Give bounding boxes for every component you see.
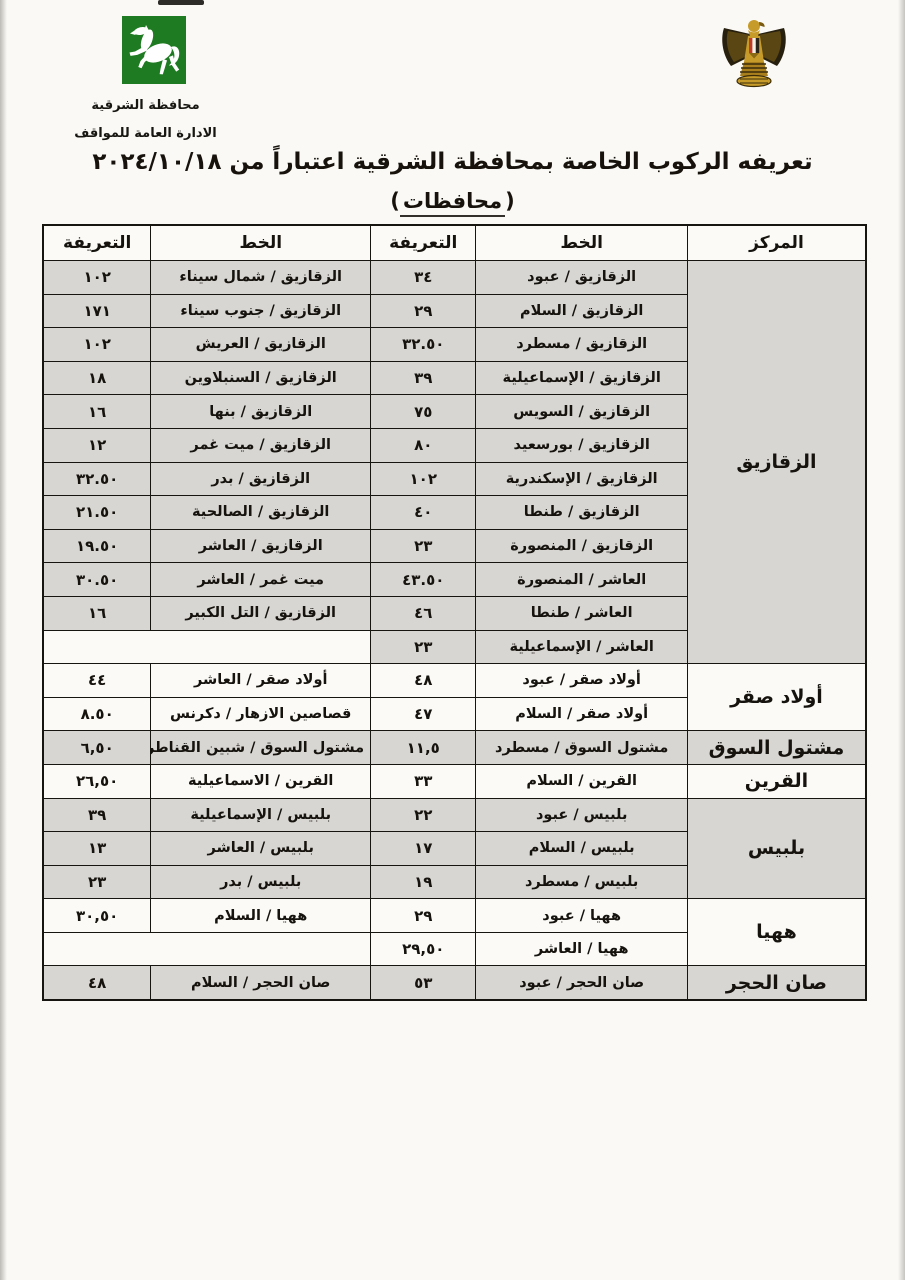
fare-cell: ٧٥ — [371, 395, 476, 429]
fare-table: المركزالخطالتعريفةالخطالتعريفة الزقازيقا… — [42, 224, 867, 1001]
org-department: الادارة العامة للمواقف — [48, 120, 243, 148]
line-cell: الزقازيق / ميت غمر — [151, 428, 371, 462]
fare-cell: ١٩.٥٠ — [43, 529, 151, 563]
table-row: ههياههيا / عبود٢٩ههيا / السلام٣٠,٥٠ — [43, 899, 866, 933]
fare-cell: ١٠٢ — [43, 261, 151, 295]
line-cell: مشتول السوق / مسطرد — [476, 731, 688, 765]
column-header: الخط — [476, 225, 688, 261]
empty-cell — [43, 932, 371, 966]
horse-icon — [122, 16, 186, 84]
subtitle-word: محافظات — [400, 189, 505, 217]
fare-table-body: الزقازيقالزقازيق / عبود٣٤الزقازيق / شمال… — [43, 261, 866, 1001]
scan-artifact — [158, 0, 204, 5]
fare-cell: ١٩ — [371, 865, 476, 899]
fare-cell: ٦,٥٠ — [43, 731, 151, 765]
fare-cell: ٤٤ — [43, 664, 151, 698]
column-header: الخط — [151, 225, 371, 261]
fare-cell: ٨.٥٠ — [43, 697, 151, 731]
fare-cell: ٣٢.٥٠ — [371, 328, 476, 362]
line-cell: الزقازيق / السويس — [476, 395, 688, 429]
fare-cell: ٤٠ — [371, 496, 476, 530]
table-row: الزقازيقالزقازيق / عبود٣٤الزقازيق / شمال… — [43, 261, 866, 295]
fare-cell: ١٦ — [43, 596, 151, 630]
fare-cell: ٢٩ — [371, 294, 476, 328]
line-cell: الزقازيق / العاشر — [151, 529, 371, 563]
line-cell: القرين / الاسماعيلية — [151, 764, 371, 798]
line-cell: الزقازيق / بنها — [151, 395, 371, 429]
line-cell: بلبيس / الإسماعيلية — [151, 798, 371, 832]
line-cell: ههيا / السلام — [151, 899, 371, 933]
subtitle-paren-open: ( — [505, 189, 515, 213]
center-cell: القرين — [687, 764, 866, 798]
line-cell: قصاصين الازهار / دكرنس — [151, 697, 371, 731]
column-header: المركز — [687, 225, 866, 261]
table-row: القرينالقرين / السلام٣٣القرين / الاسماعي… — [43, 764, 866, 798]
line-cell: الزقازيق / السلام — [476, 294, 688, 328]
fare-cell: ٢٢ — [371, 798, 476, 832]
line-cell: مشتول السوق / شبين القناطر — [151, 731, 371, 765]
governorate-logo — [122, 16, 186, 84]
line-cell: الزقازيق / شمال سيناء — [151, 261, 371, 295]
center-cell: بلبيس — [687, 798, 866, 899]
page-title: تعريفه الركوب الخاصة بمحافظة الشرقية اعت… — [0, 149, 905, 175]
line-cell: الزقازيق / طنطا — [476, 496, 688, 530]
line-cell: بلبيس / العاشر — [151, 832, 371, 866]
table-row: بلبيسبلبيس / عبود٢٢بلبيس / الإسماعيلية٣٩ — [43, 798, 866, 832]
table-row: مشتول السوقمشتول السوق / مسطرد١١,٥مشتول … — [43, 731, 866, 765]
line-cell: الزقازيق / العريش — [151, 328, 371, 362]
fare-cell: ١٢ — [43, 428, 151, 462]
line-cell: أولاد صقر / العاشر — [151, 664, 371, 698]
org-text: محافظة الشرقية الادارة العامة للمواقف — [48, 92, 243, 148]
fare-cell: ٤٨ — [43, 966, 151, 1000]
line-cell: الزقازيق / التل الكبير — [151, 596, 371, 630]
fare-table-header: المركزالخطالتعريفةالخطالتعريفة — [43, 225, 866, 261]
fare-cell: ٢٣ — [371, 630, 476, 664]
org-name: محافظة الشرقية — [48, 92, 243, 120]
fare-cell: ١٠٢ — [43, 328, 151, 362]
fare-cell: ١٦ — [43, 395, 151, 429]
header-row: المركزالخطالتعريفةالخطالتعريفة — [43, 225, 866, 261]
fare-cell: ١٣ — [43, 832, 151, 866]
fare-cell: ٣٠.٥٠ — [43, 563, 151, 597]
line-cell: أولاد صقر / السلام — [476, 697, 688, 731]
fare-cell: ٢٩ — [371, 899, 476, 933]
fare-cell: ٤٣.٥٠ — [371, 563, 476, 597]
fare-cell: ٣٩ — [371, 361, 476, 395]
line-cell: الزقازيق / السنبلاوين — [151, 361, 371, 395]
line-cell: بلبيس / عبود — [476, 798, 688, 832]
column-header: التعريفة — [43, 225, 151, 261]
line-cell: الزقازيق / بدر — [151, 462, 371, 496]
line-cell: صان الحجر / السلام — [151, 966, 371, 1000]
line-cell: الزقازيق / مسطرد — [476, 328, 688, 362]
line-cell: العاشر / الإسماعيلية — [476, 630, 688, 664]
center-cell: أولاد صقر — [687, 664, 866, 731]
line-cell: بلبيس / مسطرد — [476, 865, 688, 899]
center-cell: صان الحجر — [687, 966, 866, 1000]
line-cell: بلبيس / السلام — [476, 832, 688, 866]
line-cell: الزقازيق / الإسكندرية — [476, 462, 688, 496]
line-cell: الزقازيق / بورسعيد — [476, 428, 688, 462]
egypt-emblem — [714, 12, 794, 96]
fare-cell: ١٧ — [371, 832, 476, 866]
fare-cell: ٤٨ — [371, 664, 476, 698]
line-cell: العاشر / طنطا — [476, 596, 688, 630]
egypt-eagle-icon — [714, 12, 794, 96]
line-cell: العاشر / المنصورة — [476, 563, 688, 597]
fare-cell: ٣٤ — [371, 261, 476, 295]
subtitle-paren-close: ) — [390, 189, 400, 213]
line-cell: الزقازيق / الإسماعيلية — [476, 361, 688, 395]
scanned-document-page: محافظة الشرقية الادارة العامة للمواقف تع… — [0, 0, 905, 1280]
fare-cell: ٣٢.٥٠ — [43, 462, 151, 496]
center-cell: الزقازيق — [687, 261, 866, 664]
fare-cell: ٣٩ — [43, 798, 151, 832]
center-cell: ههيا — [687, 899, 866, 966]
center-cell: مشتول السوق — [687, 731, 866, 765]
fare-cell: ٢٣ — [43, 865, 151, 899]
fare-cell: ٣٣ — [371, 764, 476, 798]
line-cell: الزقازيق / جنوب سيناء — [151, 294, 371, 328]
fare-cell: ١٠٢ — [371, 462, 476, 496]
line-cell: أولاد صقر / عبود — [476, 664, 688, 698]
line-cell: ههيا / العاشر — [476, 932, 688, 966]
line-cell: صان الحجر / عبود — [476, 966, 688, 1000]
fare-cell: ٣٠,٥٠ — [43, 899, 151, 933]
fare-cell: ٥٣ — [371, 966, 476, 1000]
fare-cell: ٢٩,٥٠ — [371, 932, 476, 966]
fare-cell: ٨٠ — [371, 428, 476, 462]
fare-cell: ٤٦ — [371, 596, 476, 630]
line-cell: القرين / السلام — [476, 764, 688, 798]
fare-cell: ٤٧ — [371, 697, 476, 731]
page-subtitle: (محافظات) — [0, 189, 905, 217]
fare-cell: ٢٣ — [371, 529, 476, 563]
fare-cell: ١١,٥ — [371, 731, 476, 765]
fare-cell: ١٨ — [43, 361, 151, 395]
line-cell: الزقازيق / عبود — [476, 261, 688, 295]
line-cell: ههيا / عبود — [476, 899, 688, 933]
table-row: أولاد صقرأولاد صقر / عبود٤٨أولاد صقر / ا… — [43, 664, 866, 698]
empty-cell — [43, 630, 371, 664]
fare-cell: ١٧١ — [43, 294, 151, 328]
fare-cell: ٢١.٥٠ — [43, 496, 151, 530]
column-header: التعريفة — [371, 225, 476, 261]
table-row: صان الحجرصان الحجر / عبود٥٣صان الحجر / ا… — [43, 966, 866, 1000]
line-cell: الزقازيق / المنصورة — [476, 529, 688, 563]
line-cell: بلبيس / بدر — [151, 865, 371, 899]
fare-cell: ٢٦,٥٠ — [43, 764, 151, 798]
line-cell: ميت غمر / العاشر — [151, 563, 371, 597]
line-cell: الزقازيق / الصالحية — [151, 496, 371, 530]
